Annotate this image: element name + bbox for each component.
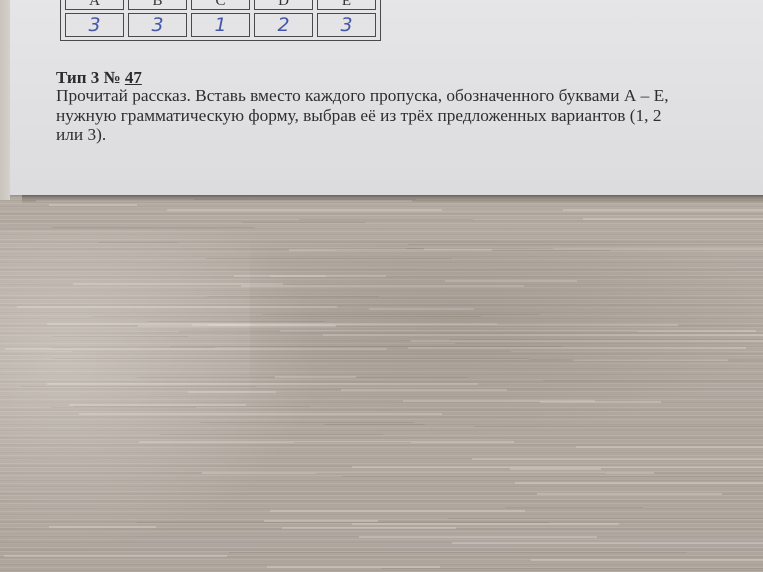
wood-grain xyxy=(583,218,763,220)
header-cell-e: E xyxy=(317,0,376,10)
instruction-line-3: или 3). xyxy=(56,125,746,145)
worksheet-paper: A B C D E 3 3 1 2 3 Тип 3 № 47 Прочитай … xyxy=(8,0,763,195)
table-stain xyxy=(250,240,763,440)
wood-grain xyxy=(342,476,763,477)
wood-grain xyxy=(505,507,643,508)
wood-grain xyxy=(359,536,597,538)
header-cell-d: D xyxy=(254,0,313,10)
answer-cell-e: 3 xyxy=(317,13,376,37)
wood-grain xyxy=(531,559,763,561)
wood-grain xyxy=(563,209,763,211)
header-cell-c: C xyxy=(191,0,250,10)
wood-grain xyxy=(316,473,606,474)
wood-grain xyxy=(242,222,365,223)
wood-grain xyxy=(229,552,687,553)
wood-grain xyxy=(352,466,763,468)
wood-grain xyxy=(537,493,722,495)
answer-cell-d: 2 xyxy=(254,13,313,37)
wood-grain xyxy=(49,204,137,206)
wood-grain xyxy=(381,568,763,569)
wood-grain xyxy=(576,446,763,448)
wood-grain xyxy=(52,227,254,228)
answer-cell-b: 3 xyxy=(128,13,187,37)
wood-grain xyxy=(4,555,227,557)
answer-cell-a: 3 xyxy=(65,13,124,37)
header-cell-b: B xyxy=(128,0,187,10)
instruction-line-2: нужную грамматическую форму, выбрав её и… xyxy=(56,106,746,126)
task-type-label: Тип 3 № xyxy=(56,68,121,87)
wood-grain xyxy=(515,482,763,484)
answer-table: A B C D E 3 3 1 2 3 xyxy=(60,0,381,41)
header-cell-a: A xyxy=(65,0,124,10)
table-left-edge xyxy=(0,0,10,200)
wood-grain xyxy=(167,209,442,211)
wood-grain xyxy=(510,468,601,470)
wood-grain xyxy=(472,458,763,460)
answer-table-header-row: A B C D E xyxy=(65,0,376,10)
task-instruction: Прочитай рассказ. Вставь вместо каждого … xyxy=(56,86,746,145)
answer-table-values-row: 3 3 1 2 3 xyxy=(65,13,376,37)
task-number-link[interactable]: 47 xyxy=(125,68,142,87)
wood-grain xyxy=(299,219,473,220)
instruction-line-1: Прочитай рассказ. Вставь вместо каждого … xyxy=(56,86,746,106)
wood-grain xyxy=(352,523,619,525)
answer-cell-c: 1 xyxy=(191,13,250,37)
wood-grain xyxy=(448,518,763,519)
task-heading: Тип 3 № 47 xyxy=(56,68,142,88)
wood-grain xyxy=(452,542,763,544)
